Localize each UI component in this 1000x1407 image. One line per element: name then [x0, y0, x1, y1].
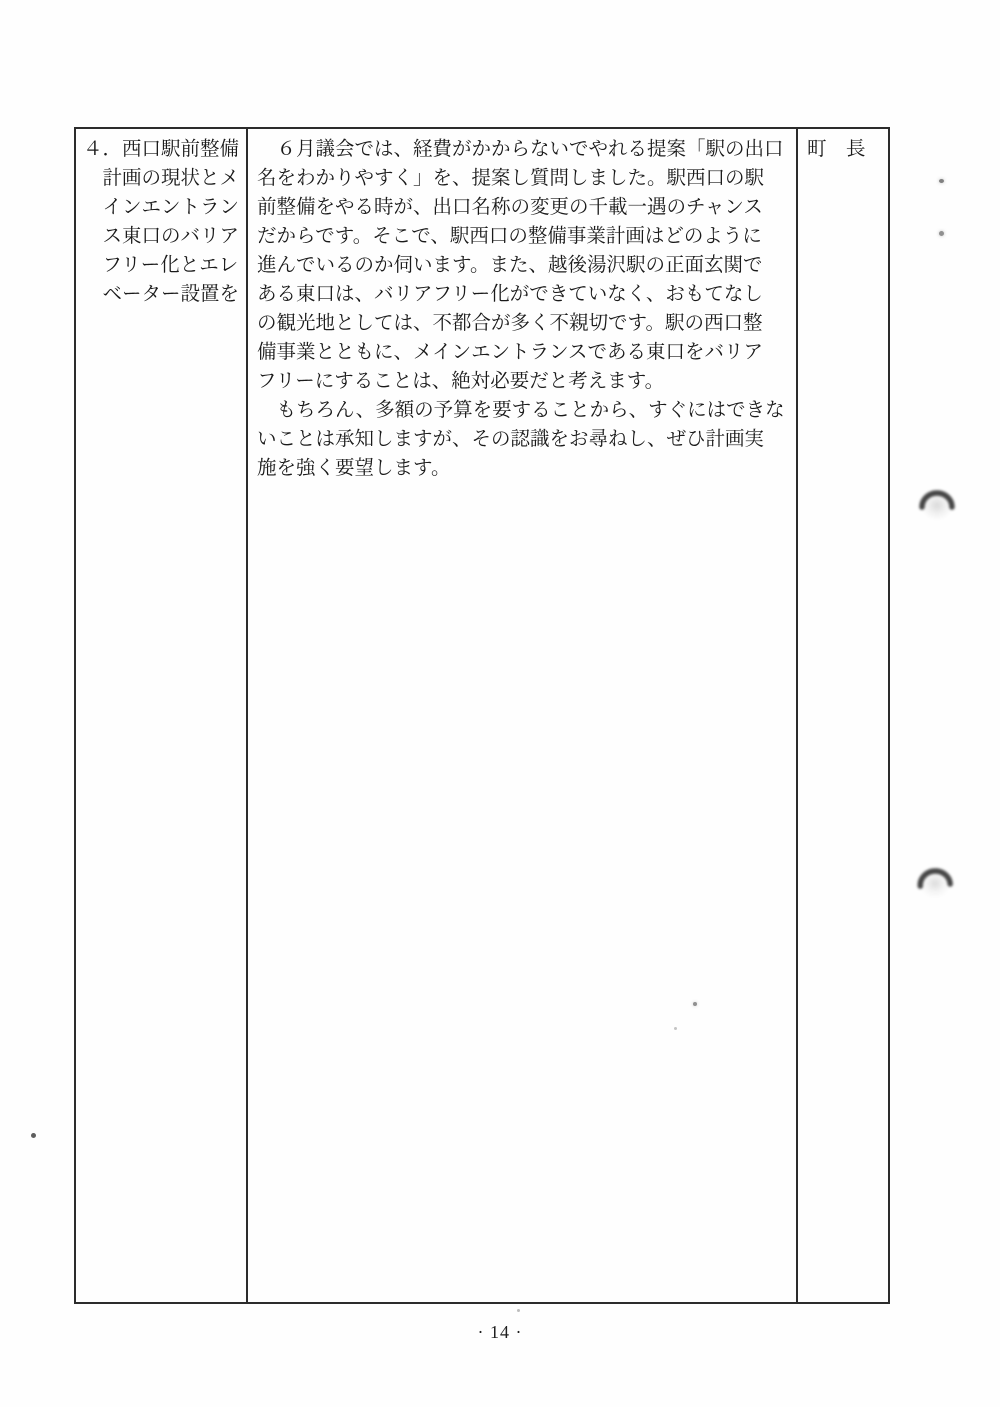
general-question-table: ４．西口駅前整備 計画の現状とメ インエントラン ス東口のバリア フリー化とエレ… [74, 127, 890, 1304]
question-paragraph-2: もちろん、多額の予算を要することから、すぐにはできな いことは承知しますが、その… [257, 396, 788, 483]
hole-punch-shadow-artifact [912, 861, 959, 904]
hole-punch-shadow-artifact [915, 484, 959, 524]
page-number: · 14 · [0, 1318, 1000, 1347]
scan-speck [517, 1309, 520, 1312]
answerer-label: 町 長 [807, 135, 884, 164]
question-item-cell: ４．西口駅前整備 計画の現状とメ インエントラン ス東口のバリア フリー化とエレ… [76, 129, 248, 1302]
question-paragraph-1: ６月議会では、経費がかからないでやれる提案「駅の出口 名をわかりやすく」を、提案… [257, 135, 788, 396]
answerer-cell: 町 長 [798, 129, 888, 1302]
question-item-title: ４．西口駅前整備 計画の現状とメ インエントラン ス東口のバリア フリー化とエレ… [83, 135, 244, 309]
question-body-cell: ６月議会では、経費がかからないでやれる提案「駅の出口 名をわかりやすく」を、提案… [248, 129, 798, 1302]
scan-speck [31, 1133, 36, 1138]
scanned-document-page: ４．西口駅前整備 計画の現状とメ インエントラン ス東口のバリア フリー化とエレ… [0, 0, 1000, 1407]
scan-speck [939, 231, 944, 236]
scan-speck [939, 179, 944, 183]
